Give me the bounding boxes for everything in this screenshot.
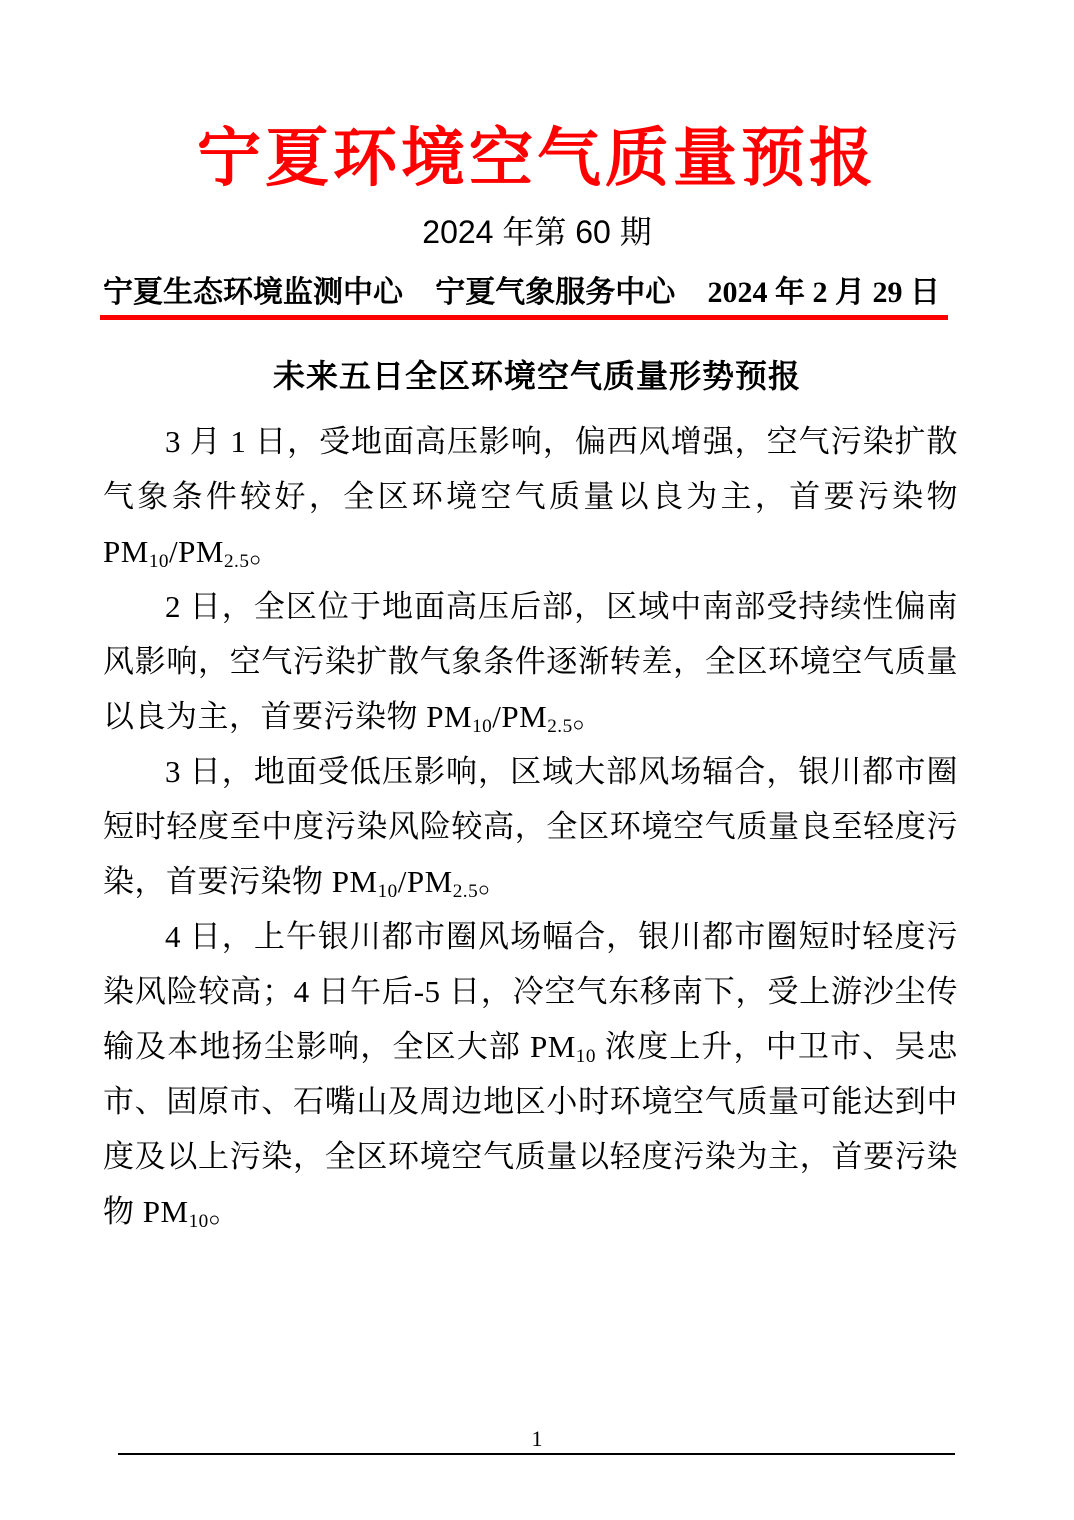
document-footer: 1: [0, 1425, 1074, 1520]
pollutant-subscript: 10: [576, 1046, 596, 1067]
pollutant-subscript: 2.5: [224, 551, 250, 572]
pollutant-subscript: 10: [189, 1211, 209, 1232]
document-title: 宁夏环境空气质量预报: [0, 0, 1074, 200]
paragraph-text: 3 日，地面受低压影响，区域大部风场辐合，银川都市圈短时轻度至中度污染风险较高，…: [103, 754, 958, 899]
page-number: 1: [0, 1427, 1074, 1451]
forecast-paragraph: 3 日，地面受低压影响，区域大部风场辐合，银川都市圈短时轻度至中度污染风险较高，…: [103, 744, 958, 909]
masthead-date: 2024 年 2 月 29 日: [708, 276, 941, 310]
paragraph-text: /PM: [492, 699, 547, 734]
forecast-paragraphs: 3 月 1 日，受地面高压影响，偏西风增强，空气污染扩散气象条件较好，全区环境空…: [103, 414, 958, 1239]
paragraph-text: 。: [209, 1194, 241, 1229]
paragraph-text: /PM: [169, 534, 224, 569]
paragraph-text: 。: [478, 864, 510, 899]
pollutant-subscript: 10: [472, 716, 492, 737]
document-body: 未来五日全区环境空气质量形势预报 3 月 1 日，受地面高压影响，偏西风增强，空…: [0, 356, 1074, 1239]
paragraph-text: /PM: [398, 864, 453, 899]
pollutant-subscript: 2.5: [453, 881, 479, 902]
pollutant-subscript: 2.5: [547, 716, 573, 737]
pollutant-subscript: 10: [378, 881, 398, 902]
section-heading: 未来五日全区环境空气质量形势预报: [0, 356, 1074, 396]
paragraph-text: 。: [573, 699, 605, 734]
masthead-org-left: 宁夏生态环境监测中心: [103, 276, 403, 310]
forecast-paragraph: 4 日，上午银川都市圈风场幅合，银川都市圈短时轻度污染风险较高；4 日午后-5 …: [103, 909, 958, 1239]
document-header: 宁夏环境空气质量预报 2024 年第 60 期 宁夏生态环境监测中心 宁夏气象服…: [0, 0, 1074, 320]
issue-number: 2024 年第 60 期: [0, 214, 1074, 250]
paragraph-text: 。: [249, 534, 281, 569]
masthead-row: 宁夏生态环境监测中心 宁夏气象服务中心 2024 年 2 月 29 日: [103, 276, 940, 310]
footer-divider-line: [118, 1453, 955, 1455]
masthead-org-center: 宁夏气象服务中心: [435, 276, 675, 310]
paragraph-text: 3 月 1 日，受地面高压影响，偏西风增强，空气污染扩散气象条件较好，全区环境空…: [103, 424, 958, 569]
red-divider-line: [100, 315, 948, 320]
document-page: 宁夏环境空气质量预报 2024 年第 60 期 宁夏生态环境监测中心 宁夏气象服…: [0, 0, 1074, 1520]
forecast-paragraph: 3 月 1 日，受地面高压影响，偏西风增强，空气污染扩散气象条件较好，全区环境空…: [103, 414, 958, 579]
forecast-paragraph: 2 日，全区位于地面高压后部，区域中南部受持续性偏南风影响，空气污染扩散气象条件…: [103, 579, 958, 744]
pollutant-subscript: 10: [149, 551, 169, 572]
